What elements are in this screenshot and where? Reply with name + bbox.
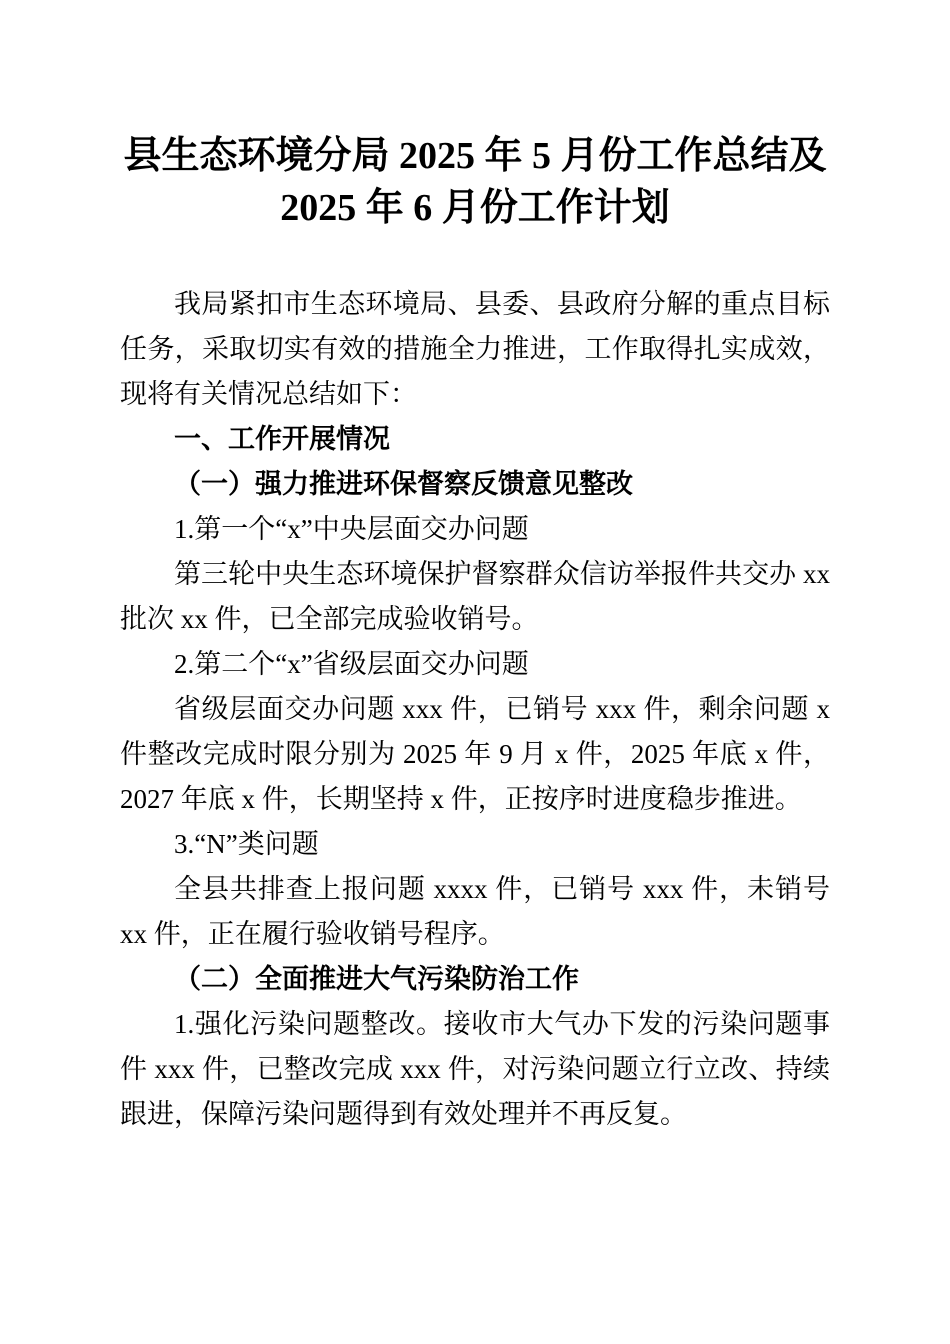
document-title-line1: 县生态环境分局 2025 年 5 月份工作总结及: [123, 135, 826, 177]
heading-h2: （二）全面推进大气污染防治工作: [120, 957, 830, 1002]
document-title: 县生态环境分局 2025 年 5 月份工作总结及 2025 年 6 月份工作计划: [120, 130, 830, 234]
paragraph: 第三轮中央生态环境保护督察群众信访举报件共交办 xx 批次 xx 件，已全部完成…: [120, 552, 830, 642]
paragraph: 1.强化污染问题整改。接收市大气办下发的污染问题事件 xxx 件，已整改完成 x…: [120, 1002, 830, 1137]
heading-h3: 3.“N”类问题: [120, 822, 830, 867]
paragraph: 省级层面交办问题 xxx 件，已销号 xxx 件，剩余问题 x 件整改完成时限分…: [120, 687, 830, 822]
document-page: 县生态环境分局 2025 年 5 月份工作总结及 2025 年 6 月份工作计划…: [0, 0, 950, 1344]
heading-h2: （一）强力推进环保督察反馈意见整改: [120, 462, 830, 507]
paragraph: 全县共排查上报问题 xxxx 件，已销号 xxx 件，未销号 xx 件，正在履行…: [120, 867, 830, 957]
heading-h3: 2.第二个“x”省级层面交办问题: [120, 642, 830, 687]
heading-h1: 一、工作开展情况: [120, 417, 830, 462]
document-title-line2: 2025 年 6 月份工作计划: [280, 187, 670, 229]
heading-h3: 1.第一个“x”中央层面交办问题: [120, 507, 830, 552]
paragraph: 我局紧扣市生态环境局、县委、县政府分解的重点目标任务，采取切实有效的措施全力推进…: [120, 282, 830, 417]
document-body: 我局紧扣市生态环境局、县委、县政府分解的重点目标任务，采取切实有效的措施全力推进…: [120, 282, 830, 1137]
